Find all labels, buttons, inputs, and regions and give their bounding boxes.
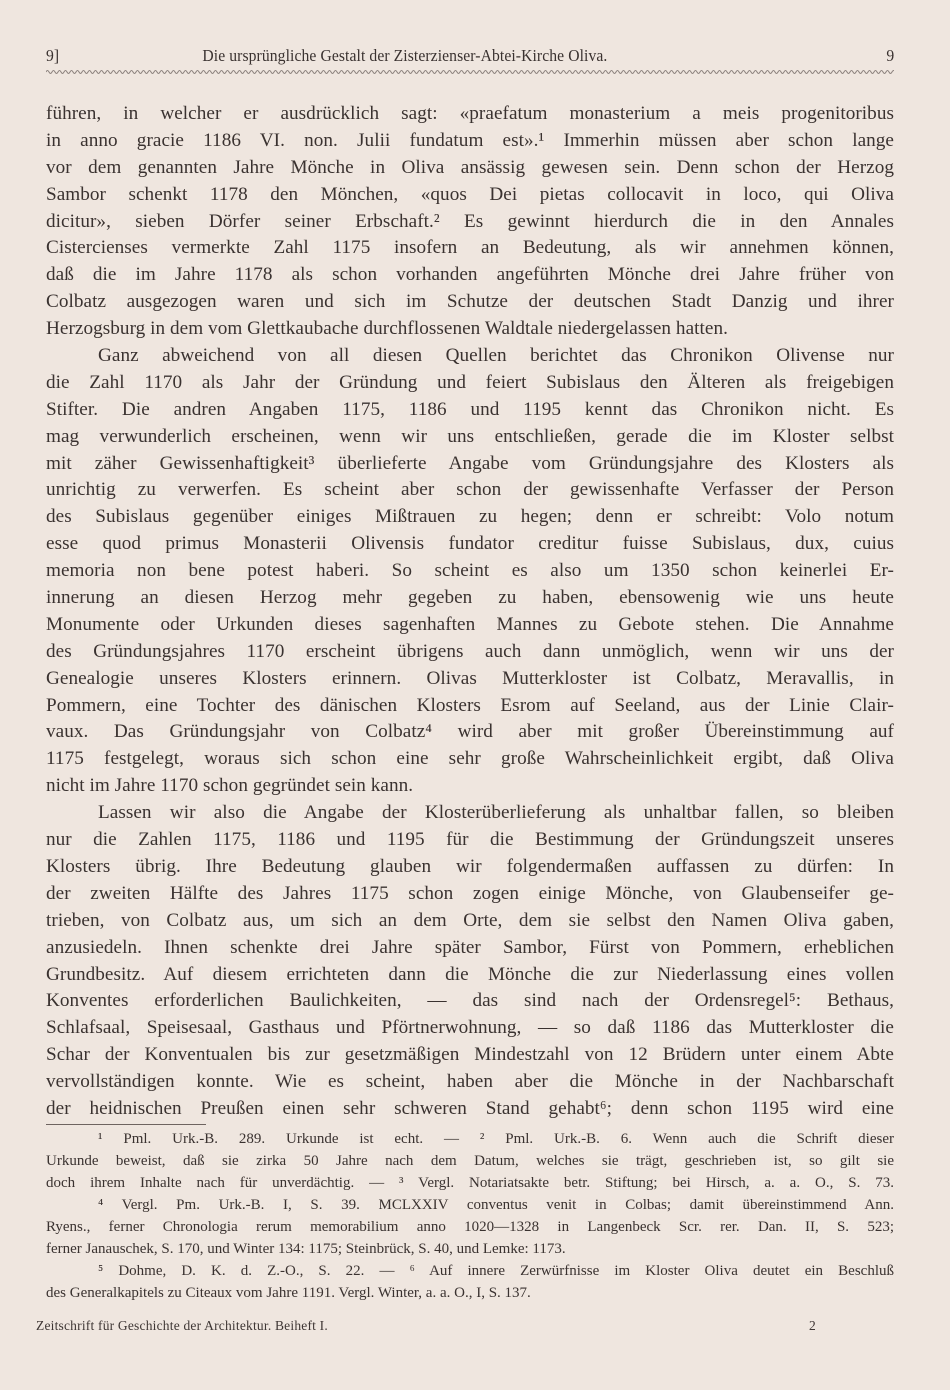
footnote-line: ⁵ Dohme, D. K. d. Z.-O., S. 22. — ⁶ Auf … [46, 1260, 894, 1282]
running-title: Die ursprüngliche Gestalt der Zisterzien… [202, 46, 607, 66]
section-marker: 9] [46, 46, 59, 66]
footnote-line: ¹ Pml. Urk.-B. 289. Urkunde ist echt. — … [46, 1128, 894, 1150]
text-line: Grundbesitz. Auf diesem errichteten dann… [46, 962, 894, 989]
footnotes: ¹ Pml. Urk.-B. 289. Urkunde ist echt. — … [46, 1128, 894, 1304]
text-line: unrichtig zu verwerfen. Es scheint aber … [46, 477, 894, 504]
text-line: Schlafsaal, Speisesaal, Gasthaus und Pfö… [46, 1015, 894, 1042]
text-line: Lassen wir also die Angabe der Klosterüb… [46, 800, 894, 827]
journal-title: Zeitschrift für Geschichte der Architekt… [36, 1318, 328, 1333]
text-line: des Subislaus gegenüber einiges Mißtraue… [46, 504, 894, 531]
footnote-separator [46, 1124, 206, 1125]
text-line: Stifter. Die andren Angaben 1175, 1186 u… [46, 397, 894, 424]
text-line: führen, in welcher er ausdrücklich sagt:… [46, 101, 894, 128]
footnote-line: doch ihrem Inhalte nach für unverdächtig… [46, 1172, 894, 1194]
text-line: des Gründungsjahres 1170 erscheint übrig… [46, 639, 894, 666]
wavy-rule-divider [46, 68, 894, 76]
text-line: Genealogie unseres Klosters erinnern. Ol… [46, 666, 894, 693]
text-line: nur die Zahlen 1175, 1186 und 1195 für d… [46, 827, 894, 854]
signature-mark: 2 [809, 1318, 816, 1334]
text-line: Herzogsburg in dem vom Glettkaubache dur… [46, 316, 894, 343]
text-line: mit zäher Gewissenhaftigkeit³ überliefer… [46, 451, 894, 478]
text-line: trieben, von Colbatz aus, um sich an dem… [46, 908, 894, 935]
text-line: Cistercienses vermerkte Zahl 1175 insofe… [46, 235, 894, 262]
text-line: daß die im Jahre 1178 als schon vorhande… [46, 262, 894, 289]
text-line: Ganz abweichend von all diesen Quellen b… [46, 343, 894, 370]
text-line: esse quod primus Monasterii Olivensis fu… [46, 531, 894, 558]
text-line: der zweiten Hälfte des Jahres 1175 schon… [46, 881, 894, 908]
text-line: Pommern, eine Tochter des dänischen Klos… [46, 693, 894, 720]
running-head: 9] Die ursprüngliche Gestalt der Zisterz… [46, 46, 894, 70]
text-line: vor dem genannten Jahre Mönche in Oliva … [46, 155, 894, 182]
text-line: Schar der Konventualen bis zur gesetzmäß… [46, 1042, 894, 1069]
text-line: dicitur», sieben Dörfer seiner Erbschaft… [46, 209, 894, 236]
text-line: Monumente oder Urkunden dieses sagenhaft… [46, 612, 894, 639]
text-line: mag verwunderlich erscheinen, wenn wir u… [46, 424, 894, 451]
text-line: Klosters übrig. Ihre Bedeutung glauben w… [46, 854, 894, 881]
text-line: die Zahl 1170 als Jahr der Gründung und … [46, 370, 894, 397]
text-line: in anno gracie 1186 VI. non. Julii funda… [46, 128, 894, 155]
main-text: führen, in welcher er ausdrücklich sagt:… [46, 101, 894, 1123]
footnote-line: ⁴ Vergl. Pm. Urk.-B. I, S. 39. MCLXXIV c… [46, 1194, 894, 1216]
text-line: nicht im Jahre 1170 schon gegründet sein… [46, 773, 894, 800]
text-line: innerung an diesen Herzog mehr gegeben z… [46, 585, 894, 612]
text-line: Sambor schenkt 1178 den Mönchen, «quos D… [46, 182, 894, 209]
footnote-line: Ryens., ferner Chronologia rerum memorab… [46, 1216, 894, 1238]
footnote-line: ferner Janauschek, S. 170, und Winter 13… [46, 1238, 894, 1260]
text-line: 1175 festgelegt, woraus sich schon eine … [46, 746, 894, 773]
text-line: vaux. Das Gründungsjahr von Colbatz⁴ wir… [46, 719, 894, 746]
text-line: anzusiedeln. Ihnen schenkte drei Jahre s… [46, 935, 894, 962]
page-footer: Zeitschrift für Geschichte der Architekt… [36, 1318, 816, 1334]
text-line: Konventes erforderlichen Baulichkeiten, … [46, 988, 894, 1015]
text-line: der heidnischen Preußen einen sehr schwe… [46, 1096, 894, 1123]
page-number: 9 [886, 46, 894, 66]
footnote-line: des Generalkapitels zu Citeaux vom Jahre… [46, 1282, 894, 1304]
text-line: Colbatz ausgezogen waren und sich im Sch… [46, 289, 894, 316]
footnote-line: Urkunde beweist, daß sie zirka 50 Jahre … [46, 1150, 894, 1172]
text-line: vervollständigen konnte. Wie es scheint,… [46, 1069, 894, 1096]
text-line: memoria non bene potest haberi. So schei… [46, 558, 894, 585]
